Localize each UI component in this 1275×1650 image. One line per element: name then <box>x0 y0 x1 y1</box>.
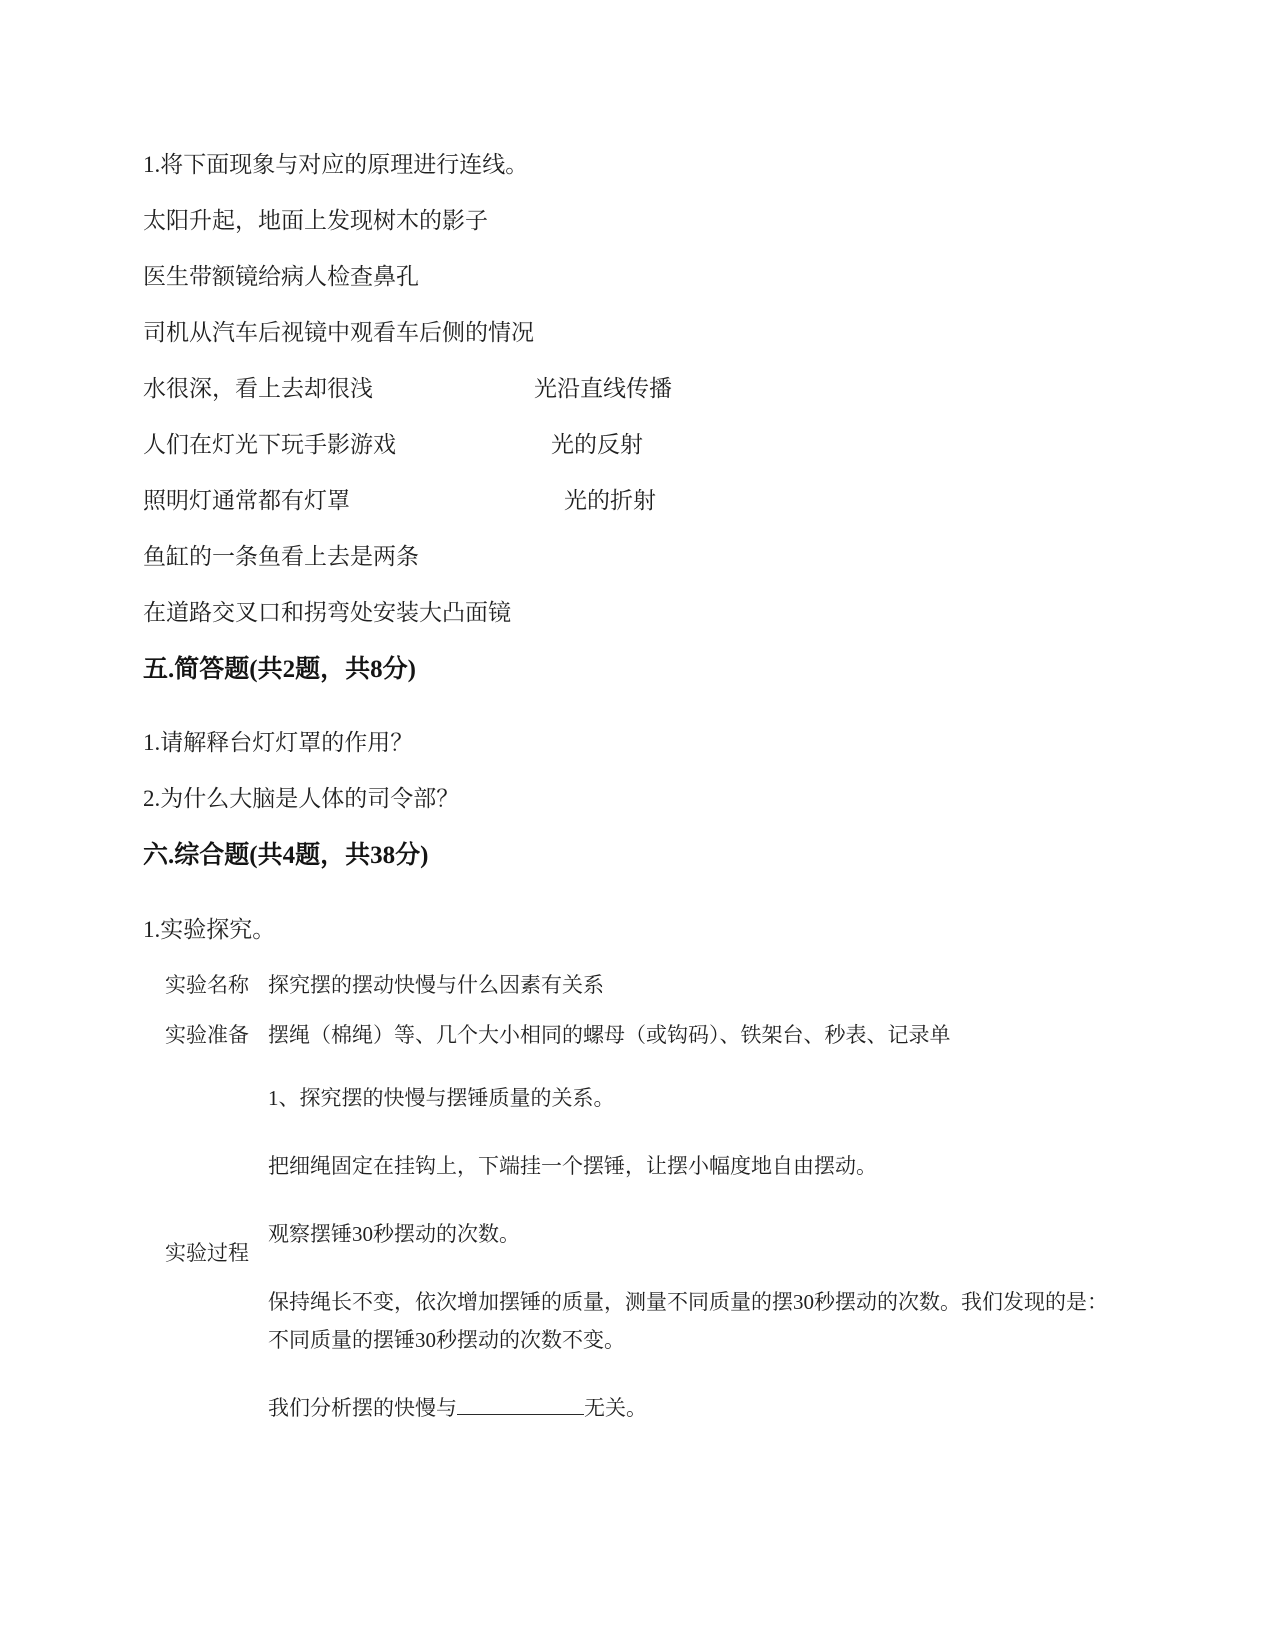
match-item-text: 在道路交叉口和拐弯处安装大凸面镜 <box>143 600 511 625</box>
experiment-prep-row: 实验准备 摆绳（棉绳）等、几个大小相同的螺母（或钩码）、铁架台、秒表、记录单 <box>143 1021 1215 1049</box>
match-item-row: 照明灯通常都有灯罩 光的折射 <box>143 486 1215 516</box>
match-item-text: 鱼缸的一条鱼看上去是两条 <box>143 544 419 569</box>
match-principle-option: 光的反射 <box>551 430 643 460</box>
experiment-step: 把细绳固定在挂钩上，下端挂一个摆锤，让摆小幅度地自由摆动。 <box>268 1147 1118 1185</box>
section6-heading: 六.综合题(共4题，共38分) <box>143 840 1215 872</box>
match-item-text: 照明灯通常都有灯罩 <box>143 488 350 513</box>
experiment-step: 1、探究摆的快慢与摆锤质量的关系。 <box>268 1079 1118 1117</box>
match-item-text: 太阳升起，地面上发现树木的影子 <box>143 208 488 233</box>
experiment-process-row: 实验过程 1、探究摆的快慢与摆锤质量的关系。 把细绳固定在挂钩上，下端挂一个摆锤… <box>143 1079 1215 1427</box>
worksheet-content: 1.将下面现象与对应的原理进行连线。 太阳升起，地面上发现树木的影子 医生带额镜… <box>0 0 1275 1427</box>
match-item-text: 司机从汽车后视镜中观看车后侧的情况 <box>143 320 534 345</box>
match-item-text: 人们在灯光下玩手影游戏 <box>143 432 396 457</box>
experiment-name-row: 实验名称 探究摆的摆动快慢与什么因素有关系 <box>143 971 1215 999</box>
match-item-row: 太阳升起，地面上发现树木的影子 <box>143 206 1215 236</box>
match-item-row: 人们在灯光下玩手影游戏 光的反射 <box>143 430 1215 460</box>
experiment-name-value: 探究摆的摆动快慢与什么因素有关系 <box>268 971 1118 999</box>
experiment-step: 保持绳长不变，依次增加摆锤的质量，测量不同质量的摆30秒摆动的次数。我们发现的是… <box>268 1283 1118 1359</box>
match-item-row: 医生带额镜给病人检查鼻孔 <box>143 262 1215 292</box>
short-answer-question: 1.请解释台灯灯罩的作用？ <box>143 728 1215 758</box>
match-item-row: 水很深，看上去却很浅 光沿直线传播 <box>143 374 1215 404</box>
short-answer-question: 2.为什么大脑是人体的司令部？ <box>143 784 1215 814</box>
match-principle-option: 光沿直线传播 <box>534 374 672 404</box>
experiment-prep-value: 摆绳（棉绳）等、几个大小相同的螺母（或钩码）、铁架台、秒表、记录单 <box>268 1021 1118 1049</box>
section5-heading: 五.简答题(共2题，共8分) <box>143 654 1215 686</box>
fill-in-blank-line <box>457 1391 584 1415</box>
comprehensive-question-title: 1.实验探究。 <box>143 915 1215 945</box>
experiment-table: 实验名称 探究摆的摆动快慢与什么因素有关系 实验准备 摆绳（棉绳）等、几个大小相… <box>143 971 1215 1427</box>
experiment-process-label: 实验过程 <box>165 1239 268 1267</box>
experiment-prep-label: 实验准备 <box>165 1021 268 1049</box>
worksheet-page: 1.将下面现象与对应的原理进行连线。 太阳升起，地面上发现树木的影子 医生带额镜… <box>0 0 1275 1650</box>
match-principle-option: 光的折射 <box>564 486 656 516</box>
match-item-row: 鱼缸的一条鱼看上去是两条 <box>143 542 1215 572</box>
experiment-name-label: 实验名称 <box>165 971 268 999</box>
experiment-step: 观察摆锤30秒摆动的次数。 <box>268 1215 1118 1253</box>
conclusion-prefix: 我们分析摆的快慢与 <box>268 1396 457 1420</box>
experiment-conclusion: 我们分析摆的快慢与无关。 <box>268 1389 1118 1427</box>
match-item-row: 司机从汽车后视镜中观看车后侧的情况 <box>143 318 1215 348</box>
match-item-text: 医生带额镜给病人检查鼻孔 <box>143 264 419 289</box>
conclusion-suffix: 无关。 <box>584 1396 647 1420</box>
match-item-text: 水很深，看上去却很浅 <box>143 376 373 401</box>
experiment-process-steps: 1、探究摆的快慢与摆锤质量的关系。 把细绳固定在挂钩上，下端挂一个摆锤，让摆小幅… <box>268 1079 1118 1427</box>
matching-question-title: 1.将下面现象与对应的原理进行连线。 <box>143 150 1215 180</box>
match-item-row: 在道路交叉口和拐弯处安装大凸面镜 <box>143 598 1215 628</box>
